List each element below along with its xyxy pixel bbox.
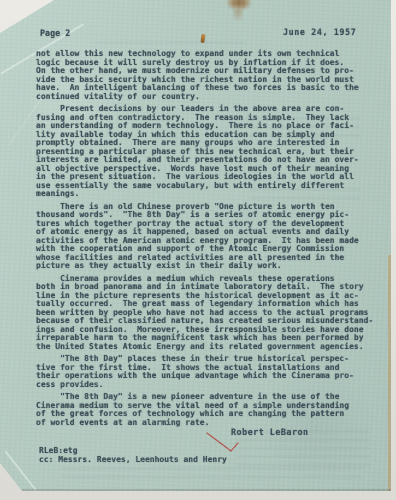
- paper-fleck-mark: [200, 34, 205, 43]
- paragraph-1: not allow this new technology to expand …: [36, 50, 373, 101]
- crease-line: [5, 451, 37, 491]
- paper-edge-discoloration: [388, 255, 391, 491]
- paragraph-6: "The 8th Day" is a new pioneer adventure…: [36, 393, 373, 427]
- cc-line: cc: Messrs. Reeves, Leenhouts and Henry: [39, 455, 227, 464]
- stain-mark: [234, 10, 242, 22]
- letter-body: not allow this new technology to expand …: [36, 50, 373, 431]
- typist-initials: RLeB:etg: [39, 446, 78, 455]
- ghost-text-overlay: [62, 467, 362, 479]
- paper-sheet: Page 2 June 24, 1957 not allow this new …: [0, 0, 396, 500]
- page-number: Page 2: [40, 28, 70, 38]
- paper-edge-shadow: [22, 489, 391, 491]
- document-scan: { "document": { "page_label": "Page 2", …: [0, 0, 396, 500]
- paragraph-5: "The 8th Day" places these in their true…: [36, 355, 373, 389]
- date: June 24, 1957: [283, 27, 356, 37]
- red-checkmark-icon: [200, 428, 246, 458]
- paragraph-4: Cinerama provides a medium which reveals…: [36, 275, 373, 352]
- paragraph-2: Present decisions by our leaders in the …: [36, 105, 373, 199]
- paragraph-3: There is an old Chinese proverb "One pic…: [36, 203, 373, 271]
